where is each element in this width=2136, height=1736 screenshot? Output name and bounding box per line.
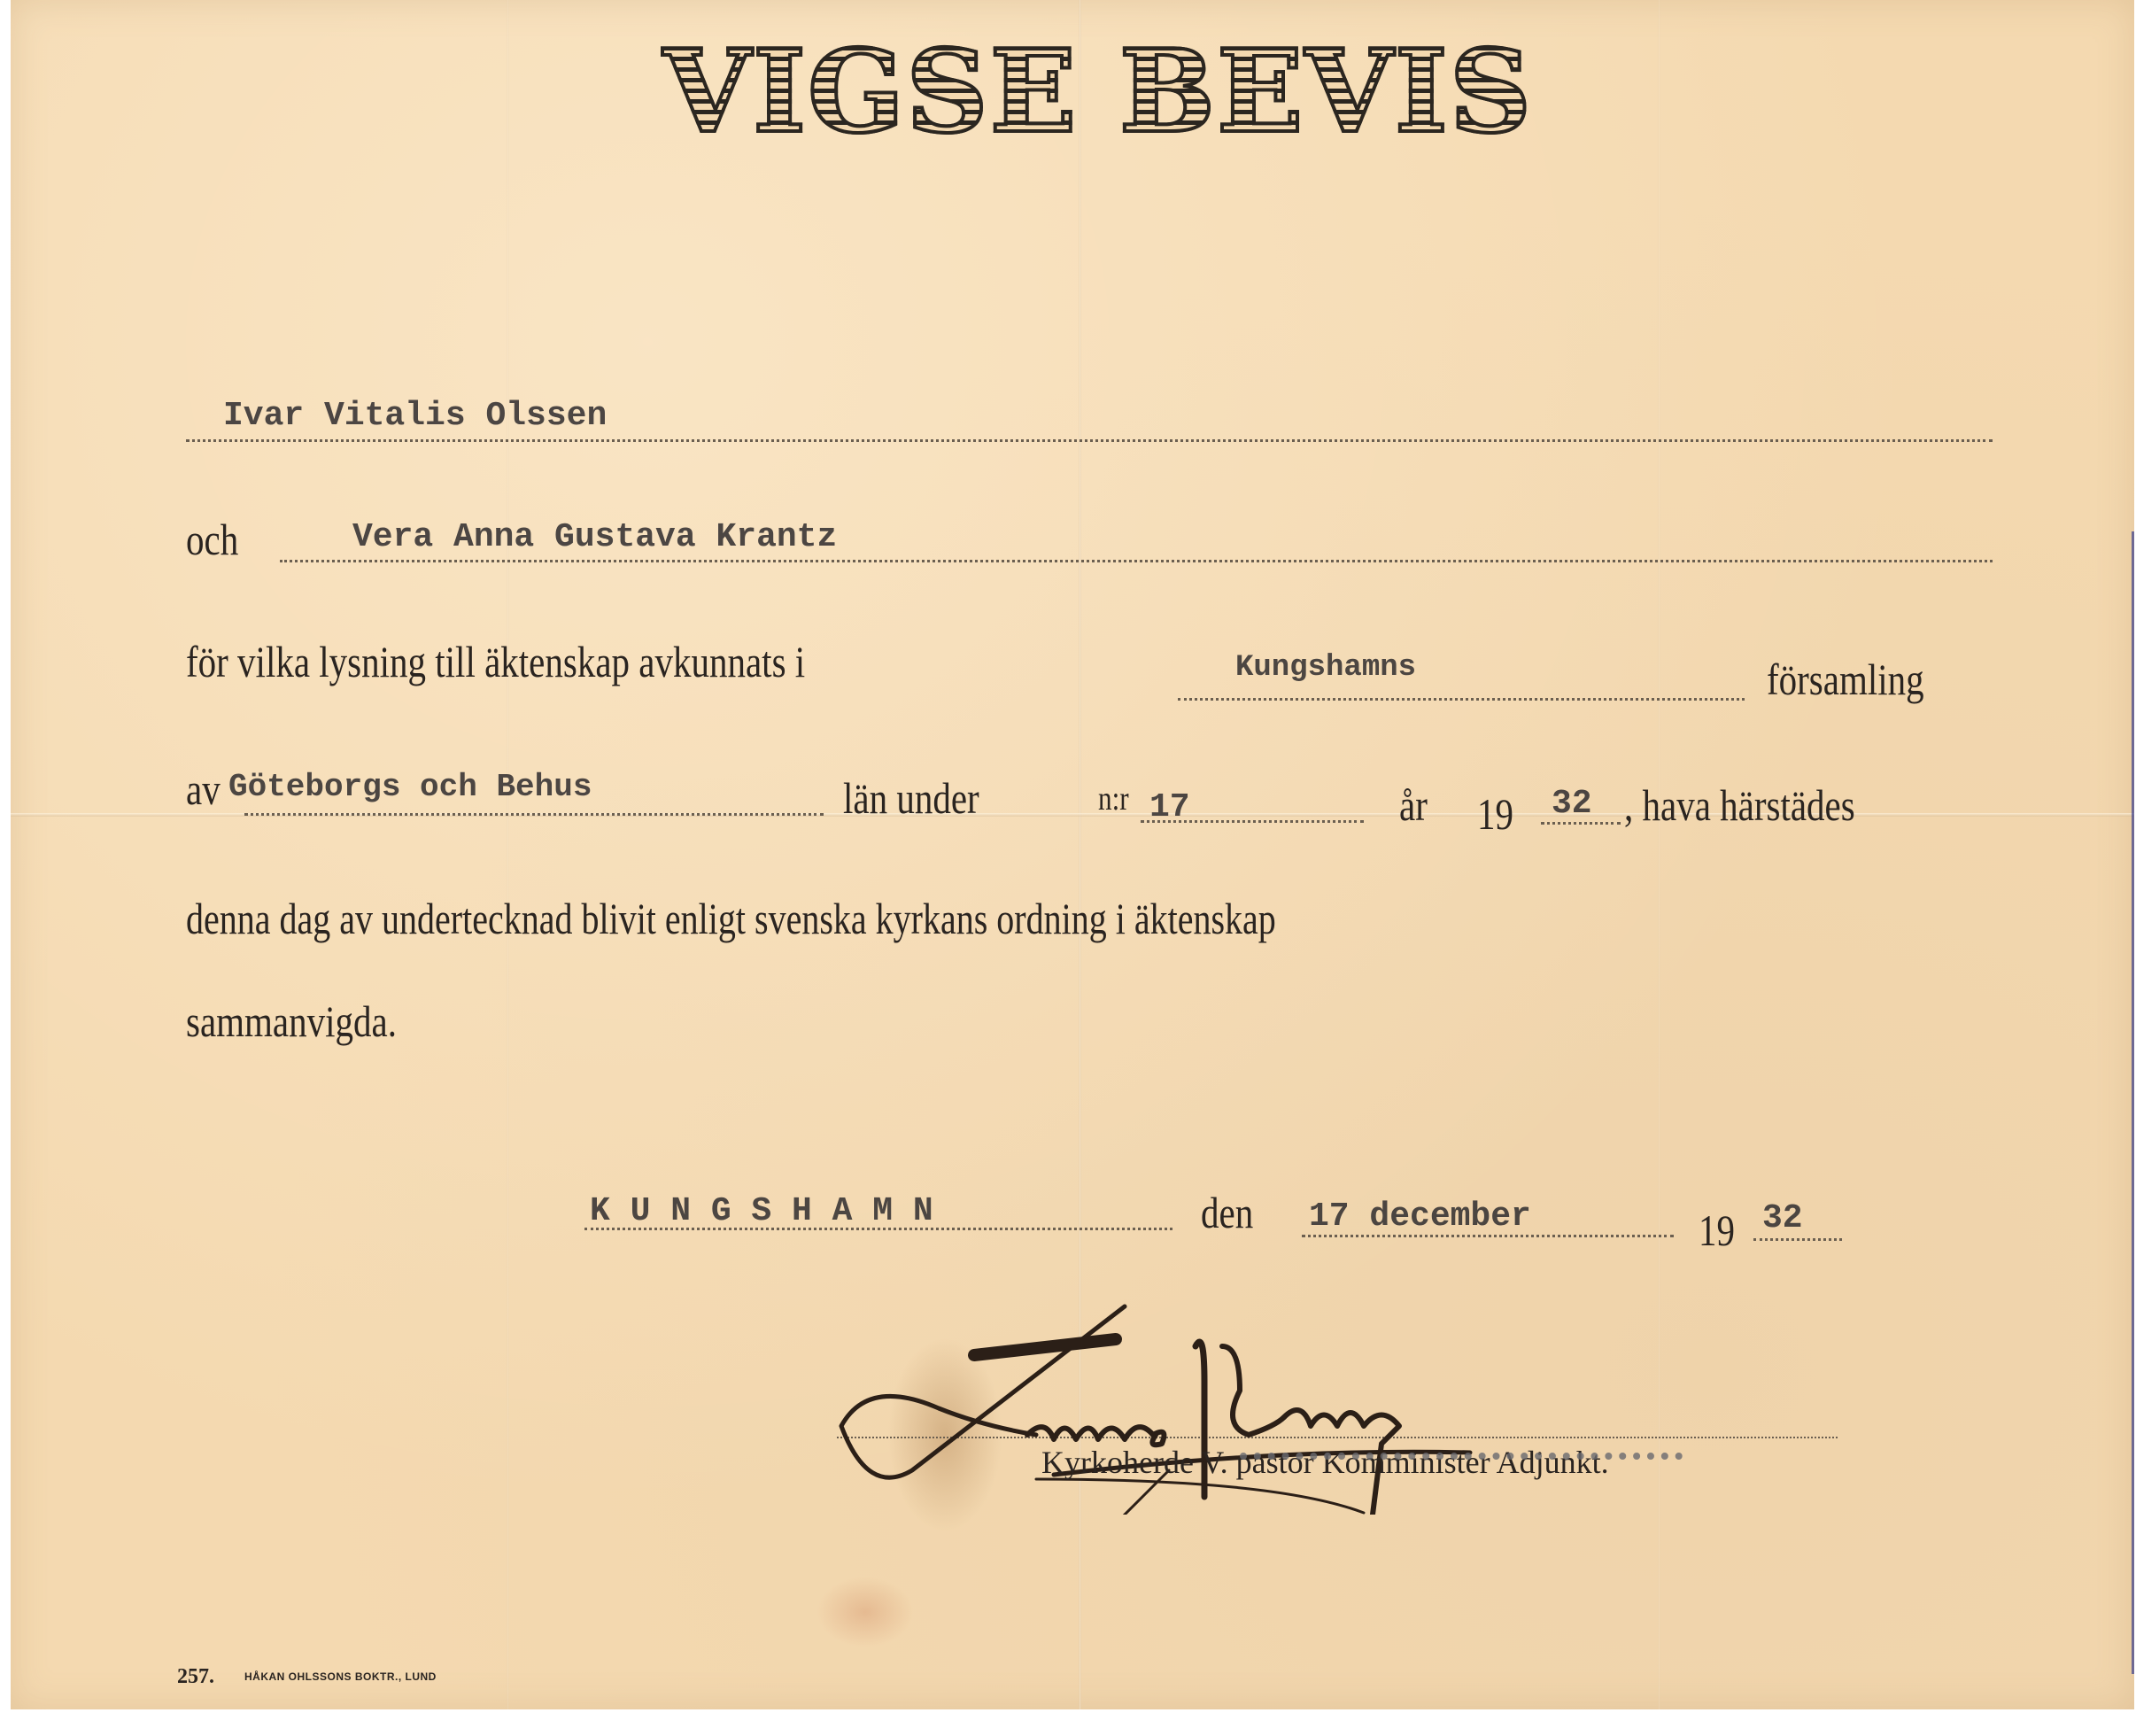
county-line xyxy=(244,813,824,816)
groom-name: Ivar Vitalis Olssen xyxy=(223,397,607,435)
den-label: den xyxy=(1201,1187,1253,1238)
sammanvigda-text: sammanvigda. xyxy=(186,996,397,1047)
ar-label: år xyxy=(1399,779,1428,831)
bride-name-line xyxy=(280,560,1993,562)
form-number: 257. xyxy=(177,1665,214,1689)
place-line xyxy=(584,1228,1172,1230)
banns-text: för vilka lysning till äktenskap avkunna… xyxy=(186,636,805,687)
printer-imprint: HÅKAN OHLSSONS BOKTR., LUND xyxy=(244,1670,437,1683)
date-year-suffix: 32 xyxy=(1762,1199,1803,1237)
hava-harstades-text: , hava härstädes xyxy=(1624,779,1855,831)
pastor-signature xyxy=(832,1293,1700,1515)
county-name: Göteborgs och Behus xyxy=(228,769,592,805)
groom-name-line xyxy=(186,439,1993,442)
vertical-fold-line xyxy=(507,0,509,1709)
ceremony-text: denna dag av undertecknad blivit enligt … xyxy=(186,893,1276,944)
paper-edge-shadow xyxy=(2132,531,2134,1674)
stain xyxy=(816,1577,914,1647)
parish-line xyxy=(1178,698,1745,701)
year-line xyxy=(1541,822,1621,825)
och-label: och xyxy=(186,514,238,565)
parish-name: Kungshamns xyxy=(1235,651,1416,685)
lan-under-label: län under xyxy=(843,772,979,824)
place-name: K U N G S H A M N xyxy=(590,1192,933,1230)
number-line xyxy=(1141,820,1364,823)
title-strikeout xyxy=(1240,1453,1683,1460)
date-line xyxy=(1302,1235,1674,1237)
bride-name: Vera Anna Gustava Krantz xyxy=(352,518,837,556)
nr-label: n:r xyxy=(1098,779,1129,818)
year-century: 19 xyxy=(1477,788,1513,840)
ceremony-date: 17 december xyxy=(1309,1197,1531,1236)
signatory-titles: Kyrkoherde V. pastor Komminister Adjunkt… xyxy=(1041,1444,1609,1481)
document-title: VIGSE BEVIS xyxy=(593,35,1603,149)
date-year-line xyxy=(1753,1238,1842,1241)
forsamling-label: församling xyxy=(1767,654,1924,705)
date-year-century: 19 xyxy=(1699,1205,1735,1256)
av-label: av xyxy=(186,763,221,815)
year-suffix: 32 xyxy=(1552,785,1592,823)
